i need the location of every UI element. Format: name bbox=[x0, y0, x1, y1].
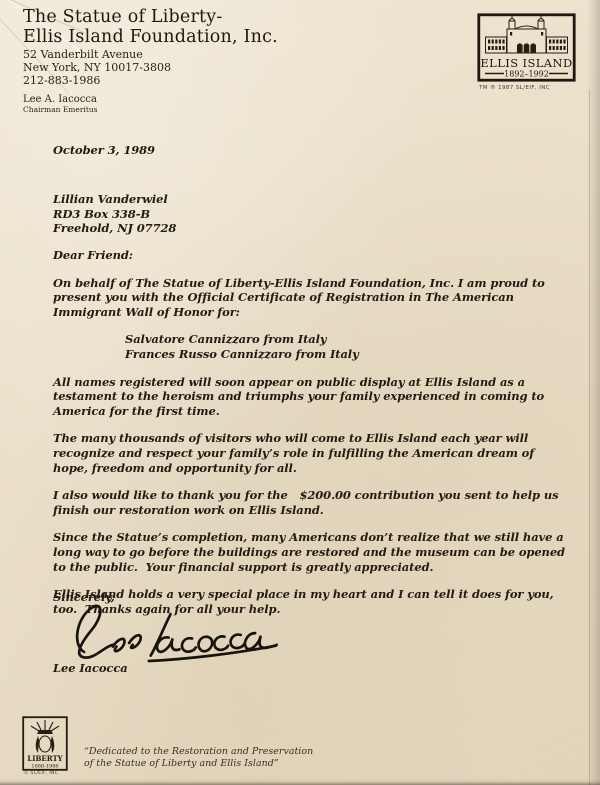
liberty-crown-rays bbox=[31, 720, 59, 731]
street-line: 52 Vanderbilt Avenue bbox=[23, 49, 171, 62]
salutation: Dear Friend: bbox=[53, 248, 568, 263]
officer-block: Lee A. Iacocca Chairman Emeritus bbox=[23, 94, 98, 114]
scan-edge-bottom bbox=[0, 779, 600, 785]
paragraph-intro: On behalf of The Statue of Liberty-Ellis… bbox=[53, 276, 568, 320]
recipient-block: Lillian Vanderwiel RD3 Box 338-B Freehol… bbox=[53, 192, 176, 236]
ellis-island-logo-icon: ELLIS ISLAND 1892–1992 bbox=[477, 13, 576, 82]
city-line: New York, NY 10017-3808 bbox=[23, 62, 171, 75]
signed-name: Lee Iacocca bbox=[53, 661, 128, 676]
ellis-logo-years: 1892–1992 bbox=[504, 70, 549, 79]
paper-edge-line bbox=[589, 90, 590, 785]
liberty-centennial-logo-icon: LIBERTY 1886-1986 bbox=[22, 716, 68, 772]
letter-body: Dear Friend: On behalf of The Statue of … bbox=[53, 248, 568, 629]
liberty-logo-years: 1886-1986 bbox=[31, 764, 58, 770]
paragraph-visitors: The many thousands of visitors who will … bbox=[53, 431, 568, 475]
honoree-name: Salvatore Cannizzaro from Italy bbox=[125, 332, 568, 347]
recipient-address2: Freehold, NJ 07728 bbox=[53, 221, 176, 236]
honoree-name: Frances Russo Cannizzaro from Italy bbox=[125, 347, 568, 362]
ellis-logo-trademark: TM ® 1987 SL/EIF, INC bbox=[479, 85, 550, 91]
liberty-logo-title: LIBERTY bbox=[27, 754, 63, 763]
liberty-logo-fineprint: © SL/EIF, INC bbox=[24, 771, 58, 776]
quote-line1: “Dedicated to the Restoration and Preser… bbox=[84, 746, 313, 758]
scanned-letter-page: The Statue of Liberty- Ellis Island Foun… bbox=[0, 0, 600, 785]
signature-handwriting bbox=[58, 598, 283, 670]
ellis-windows bbox=[488, 32, 566, 53]
org-name-line1: The Statue of Liberty- bbox=[23, 8, 278, 28]
quote-line2: of the Statue of Liberty and Ellis Islan… bbox=[84, 758, 313, 770]
paragraph-support: Since the Statue’s completion, many Amer… bbox=[53, 530, 568, 574]
ellis-logo-title: ELLIS ISLAND bbox=[480, 56, 572, 70]
liberty-face bbox=[39, 736, 51, 752]
letterhead-address: 52 Vanderbilt Avenue New York, NY 10017-… bbox=[23, 49, 171, 87]
recipient-name: Lillian Vanderwiel bbox=[53, 192, 176, 207]
footer-quote: “Dedicated to the Restoration and Preser… bbox=[84, 746, 313, 770]
letter-date: October 3, 1989 bbox=[53, 143, 155, 158]
org-name-line2: Ellis Island Foundation, Inc. bbox=[23, 28, 278, 48]
paragraph-display: All names registered will soon appear on… bbox=[53, 375, 568, 419]
recipient-address1: RD3 Box 338-B bbox=[53, 207, 176, 222]
paragraph-thanks: I also would like to thank you for the $… bbox=[53, 488, 568, 517]
officer-name: Lee A. Iacocca bbox=[23, 94, 98, 105]
honoree-list: Salvatore Cannizzaro from Italy Frances … bbox=[125, 332, 568, 361]
phone-line: 212-883-1986 bbox=[23, 75, 171, 88]
letterhead-org-name: The Statue of Liberty- Ellis Island Foun… bbox=[23, 8, 278, 47]
crown-band bbox=[37, 730, 53, 734]
officer-title: Chairman Emeritus bbox=[23, 105, 98, 114]
